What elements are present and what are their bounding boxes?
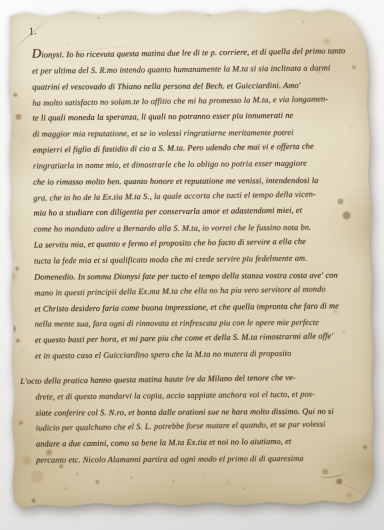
manuscript-sheet: 1. Dionysi. Io ho ricevuta questa matina… xyxy=(6,5,374,509)
manuscript-line: et in questo caso el Guicciardino spero … xyxy=(35,345,369,364)
stain-layer-rust xyxy=(6,9,10,13)
stain-layer-faint xyxy=(6,9,10,13)
stain-layer-dark xyxy=(6,9,10,13)
letter-body: Dionysi. Io ho ricevuta questa matina du… xyxy=(32,42,370,468)
paper-surface: 1. Dionysi. Io ho ricevuta questa matina… xyxy=(6,5,374,509)
paragraph-1: Dionysi. Io ho ricevuta questa matina du… xyxy=(32,42,369,364)
manuscript-line: et per ultima del S. R.mo intendo quanto… xyxy=(32,60,366,79)
bottom-crease xyxy=(331,479,372,497)
paragraph-2: L'octo della pratica hanno questa matina… xyxy=(35,370,370,469)
manuscript-line: tucta la fede mia et si qualificato modo… xyxy=(34,250,368,269)
folio-number: 1. xyxy=(28,25,38,38)
photo-backdrop: 1. Dionysi. Io ho ricevuta questa matina… xyxy=(0,0,384,530)
manuscript-line: ringratiarla in nome mio, et dimostrarle… xyxy=(33,155,367,174)
ink-flourish xyxy=(319,468,346,479)
manuscript-line: drete, et di questo mandarvi la copia, a… xyxy=(35,386,369,405)
manuscript-line: andare a due camini, como sa bene la M.t… xyxy=(36,433,370,452)
manuscript-line: percanto etc. Nicolo Alamanni partira ad… xyxy=(36,451,370,469)
